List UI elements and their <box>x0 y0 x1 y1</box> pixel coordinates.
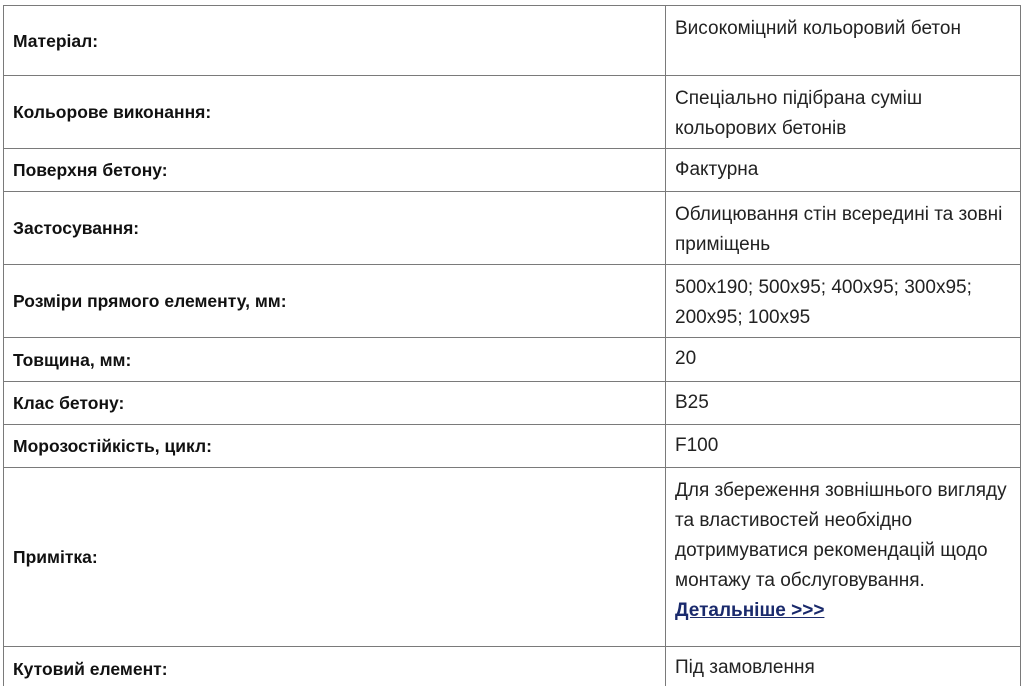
spec-value-frost-resistance: F100 <box>666 425 1021 468</box>
spec-value-dimensions: 500x190; 500x95; 400x95; 300x95; 200x95;… <box>666 265 1021 338</box>
specifications-table: Матеріал: Високоміцний кольоровий бетон … <box>3 5 1021 686</box>
spec-label-dimensions: Розміри прямого елементу, мм: <box>4 265 666 338</box>
table-row: Морозостійкість, цикл: F100 <box>4 425 1021 468</box>
table-row: Клас бетону: B25 <box>4 382 1021 425</box>
spec-label-note: Примітка: <box>4 468 666 647</box>
spec-label-color: Кольорове виконання: <box>4 76 666 149</box>
spec-label-thickness: Товщина, мм: <box>4 338 666 382</box>
spec-value-thickness: 20 <box>666 338 1021 382</box>
table-row: Примітка: Для збереження зовнішнього виг… <box>4 468 1021 647</box>
spec-value-concrete-class: B25 <box>666 382 1021 425</box>
spec-value-corner-element: Під замовлення <box>666 647 1021 686</box>
table-row: Застосування: Облицювання стін всередині… <box>4 192 1021 265</box>
spec-value-application: Облицювання стін всередині та зовні прим… <box>666 192 1021 265</box>
spec-label-surface: Поверхня бетону: <box>4 149 666 192</box>
spec-value-color: Спеціально підібрана суміш кольорових бе… <box>666 76 1021 149</box>
table-row: Товщина, мм: 20 <box>4 338 1021 382</box>
note-text: Для збереження зовнішнього вигляду та вл… <box>675 480 1007 591</box>
table-row: Кольорове виконання: Спеціально підібран… <box>4 76 1021 149</box>
spec-label-material: Матеріал: <box>4 6 666 76</box>
spec-label-concrete-class: Клас бетону: <box>4 382 666 425</box>
spec-value-note: Для збереження зовнішнього вигляду та вл… <box>666 468 1021 647</box>
spec-label-application: Застосування: <box>4 192 666 265</box>
table-row: Матеріал: Високоміцний кольоровий бетон <box>4 6 1021 76</box>
table-row: Розміри прямого елементу, мм: 500x190; 5… <box>4 265 1021 338</box>
spec-value-surface: Фактурна <box>666 149 1021 192</box>
table-row: Поверхня бетону: Фактурна <box>4 149 1021 192</box>
spec-label-frost-resistance: Морозостійкість, цикл: <box>4 425 666 468</box>
spec-label-corner-element: Кутовий елемент: <box>4 647 666 686</box>
table-row: Кутовий елемент: Під замовлення <box>4 647 1021 686</box>
details-link[interactable]: Детальніше >>> <box>675 600 824 621</box>
spec-value-material: Високоміцний кольоровий бетон <box>666 6 1021 76</box>
